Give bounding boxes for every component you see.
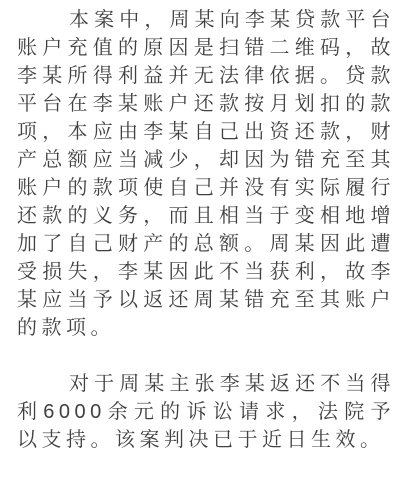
verdict-paragraph: 对于周某主张李某返还不当得利6000余元的诉讼请求，法院予以支持。该案判决已于近… (17, 370, 395, 454)
article-body: 本案中，周某向李某贷款平台账户充值的原因是扫错二维码，故李某所得利益并无法律依据… (0, 0, 414, 454)
case-analysis-paragraph: 本案中，周某向李某贷款平台账户充值的原因是扫错二维码，故李某所得利益并无法律依据… (17, 6, 395, 342)
